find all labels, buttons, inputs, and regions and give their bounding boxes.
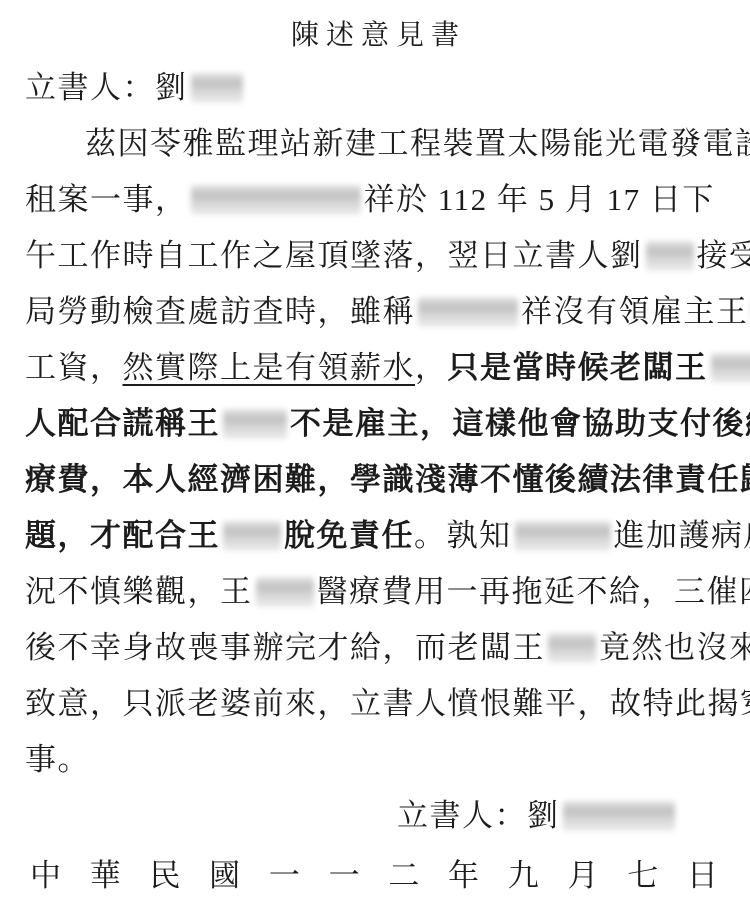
body-line-4: 局勞動檢查處訪查時，雖稱祥沒有領雇主王	[25, 284, 720, 340]
text-segment: 工資，	[25, 350, 123, 385]
date-character: 民	[149, 850, 180, 895]
body-line-9: 況不慎樂觀，王醫療費用一再拖延不給，三催四請最	[25, 564, 720, 620]
date-character: 年	[448, 850, 479, 895]
date-character: 華	[90, 850, 121, 895]
text-segment: 立書人：劉	[25, 70, 188, 105]
signature-line: 立書人：劉	[25, 788, 720, 844]
body-line-5: 工資，然實際上是有領薪水，只是當時候老闆王要本	[25, 340, 720, 396]
text-segment: 祥沒有領雇主王	[521, 294, 749, 329]
author-line: 立書人：劉	[25, 60, 720, 116]
text-segment: 然實際上是有領薪水	[123, 350, 416, 385]
redaction-blur	[646, 241, 694, 271]
date-line: 中華民國一一二年九月七日	[0, 844, 750, 900]
text-segment: 致意，只派老婆前來，立書人憤恨難平，故特此揭穿本	[25, 686, 750, 721]
text-segment: 立書人：劉	[397, 798, 560, 833]
redaction-blur	[191, 73, 243, 103]
date-character: 七	[627, 850, 658, 895]
body-line-2: 租案一事，祥於 112 年 5 月 17 日下	[25, 172, 720, 228]
text-segment: 人配合謊稱王	[25, 406, 220, 441]
body-line-3: 午工作時自工作之屋頂墜落，翌日立書人劉接受勞工	[25, 228, 720, 284]
text-segment: 只是當時候老闆王	[448, 350, 708, 385]
text-segment: 租案一事，	[25, 182, 188, 217]
text-segment: 事。	[25, 742, 90, 777]
date-character: 中	[30, 850, 61, 895]
redaction-blur	[223, 409, 287, 439]
text-segment: ，	[415, 350, 448, 385]
text-segment: 脫免責任	[284, 518, 414, 553]
text-segment: 題，才配合王	[25, 518, 220, 553]
redaction-blur	[191, 185, 361, 215]
body-line-10: 後不幸身故喪事辦完才給，而老闆王竟然也沒來靈堂	[25, 620, 720, 676]
body-line-12: 事。	[25, 732, 720, 788]
redaction-blur	[515, 521, 611, 551]
body-line-8: 題，才配合王脫免責任。孰知進加護病房情	[25, 508, 720, 564]
body-line-11: 致意，只派老婆前來，立書人憤恨難平，故特此揭穿本	[25, 676, 720, 732]
text-segment: 後不幸身故喪事辦完才給，而老闆王	[25, 630, 545, 665]
text-segment: 茲因苓雅監理站新建工程裝置太陽能光電發電設備標	[85, 126, 750, 161]
redaction-blur	[711, 353, 750, 383]
text-segment: 接受勞工	[697, 238, 750, 273]
date-character: 國	[209, 850, 240, 895]
body-line-7: 療費，本人經濟困難，學識淺薄不懂後續法律責任歸屬問	[25, 452, 720, 508]
date-character: 一	[329, 850, 360, 895]
redaction-blur	[223, 521, 281, 551]
text-segment: 醫療費用一再拖延不給，三催四請最	[317, 574, 750, 609]
text-segment: 竟然也沒來靈堂	[599, 630, 750, 665]
redaction-blur	[548, 633, 596, 663]
text-segment: 況不慎樂觀，王	[25, 574, 253, 609]
redaction-blur	[256, 577, 314, 607]
text-segment: 進加護病房情	[614, 518, 750, 553]
redaction-blur	[563, 801, 675, 831]
date-character: 二	[388, 850, 419, 895]
scanned-document-page: 陳述意見書 立書人：劉茲因苓雅監理站新建工程裝置太陽能光電發電設備標租案一事，祥…	[0, 0, 750, 908]
document-lines: 立書人：劉茲因苓雅監理站新建工程裝置太陽能光電發電設備標租案一事，祥於 112 …	[0, 60, 750, 844]
body-line-1: 茲因苓雅監理站新建工程裝置太陽能光電發電設備標	[25, 116, 720, 172]
date-character: 月	[567, 850, 598, 895]
redaction-blur	[418, 297, 518, 327]
body-line-6: 人配合謊稱王不是雇主，這樣他會協助支付後續的醫	[25, 396, 720, 452]
text-segment: 祥於 112 年 5 月 17 日下	[364, 182, 715, 217]
date-character: 九	[508, 850, 539, 895]
date-character: 日	[687, 850, 718, 895]
document-title: 陳述意見書	[0, 0, 750, 60]
text-segment: 。孰知	[414, 518, 512, 553]
date-character: 一	[269, 850, 300, 895]
text-segment: 局勞動檢查處訪查時，雖稱	[25, 294, 415, 329]
text-segment: 午工作時自工作之屋頂墜落，翌日立書人劉	[25, 238, 643, 273]
text-segment: 療費，本人經濟困難，學識淺薄不懂後續法律責任歸屬問	[25, 462, 750, 497]
text-segment: 不是雇主，這樣他會協助支付後續的醫	[290, 406, 750, 441]
